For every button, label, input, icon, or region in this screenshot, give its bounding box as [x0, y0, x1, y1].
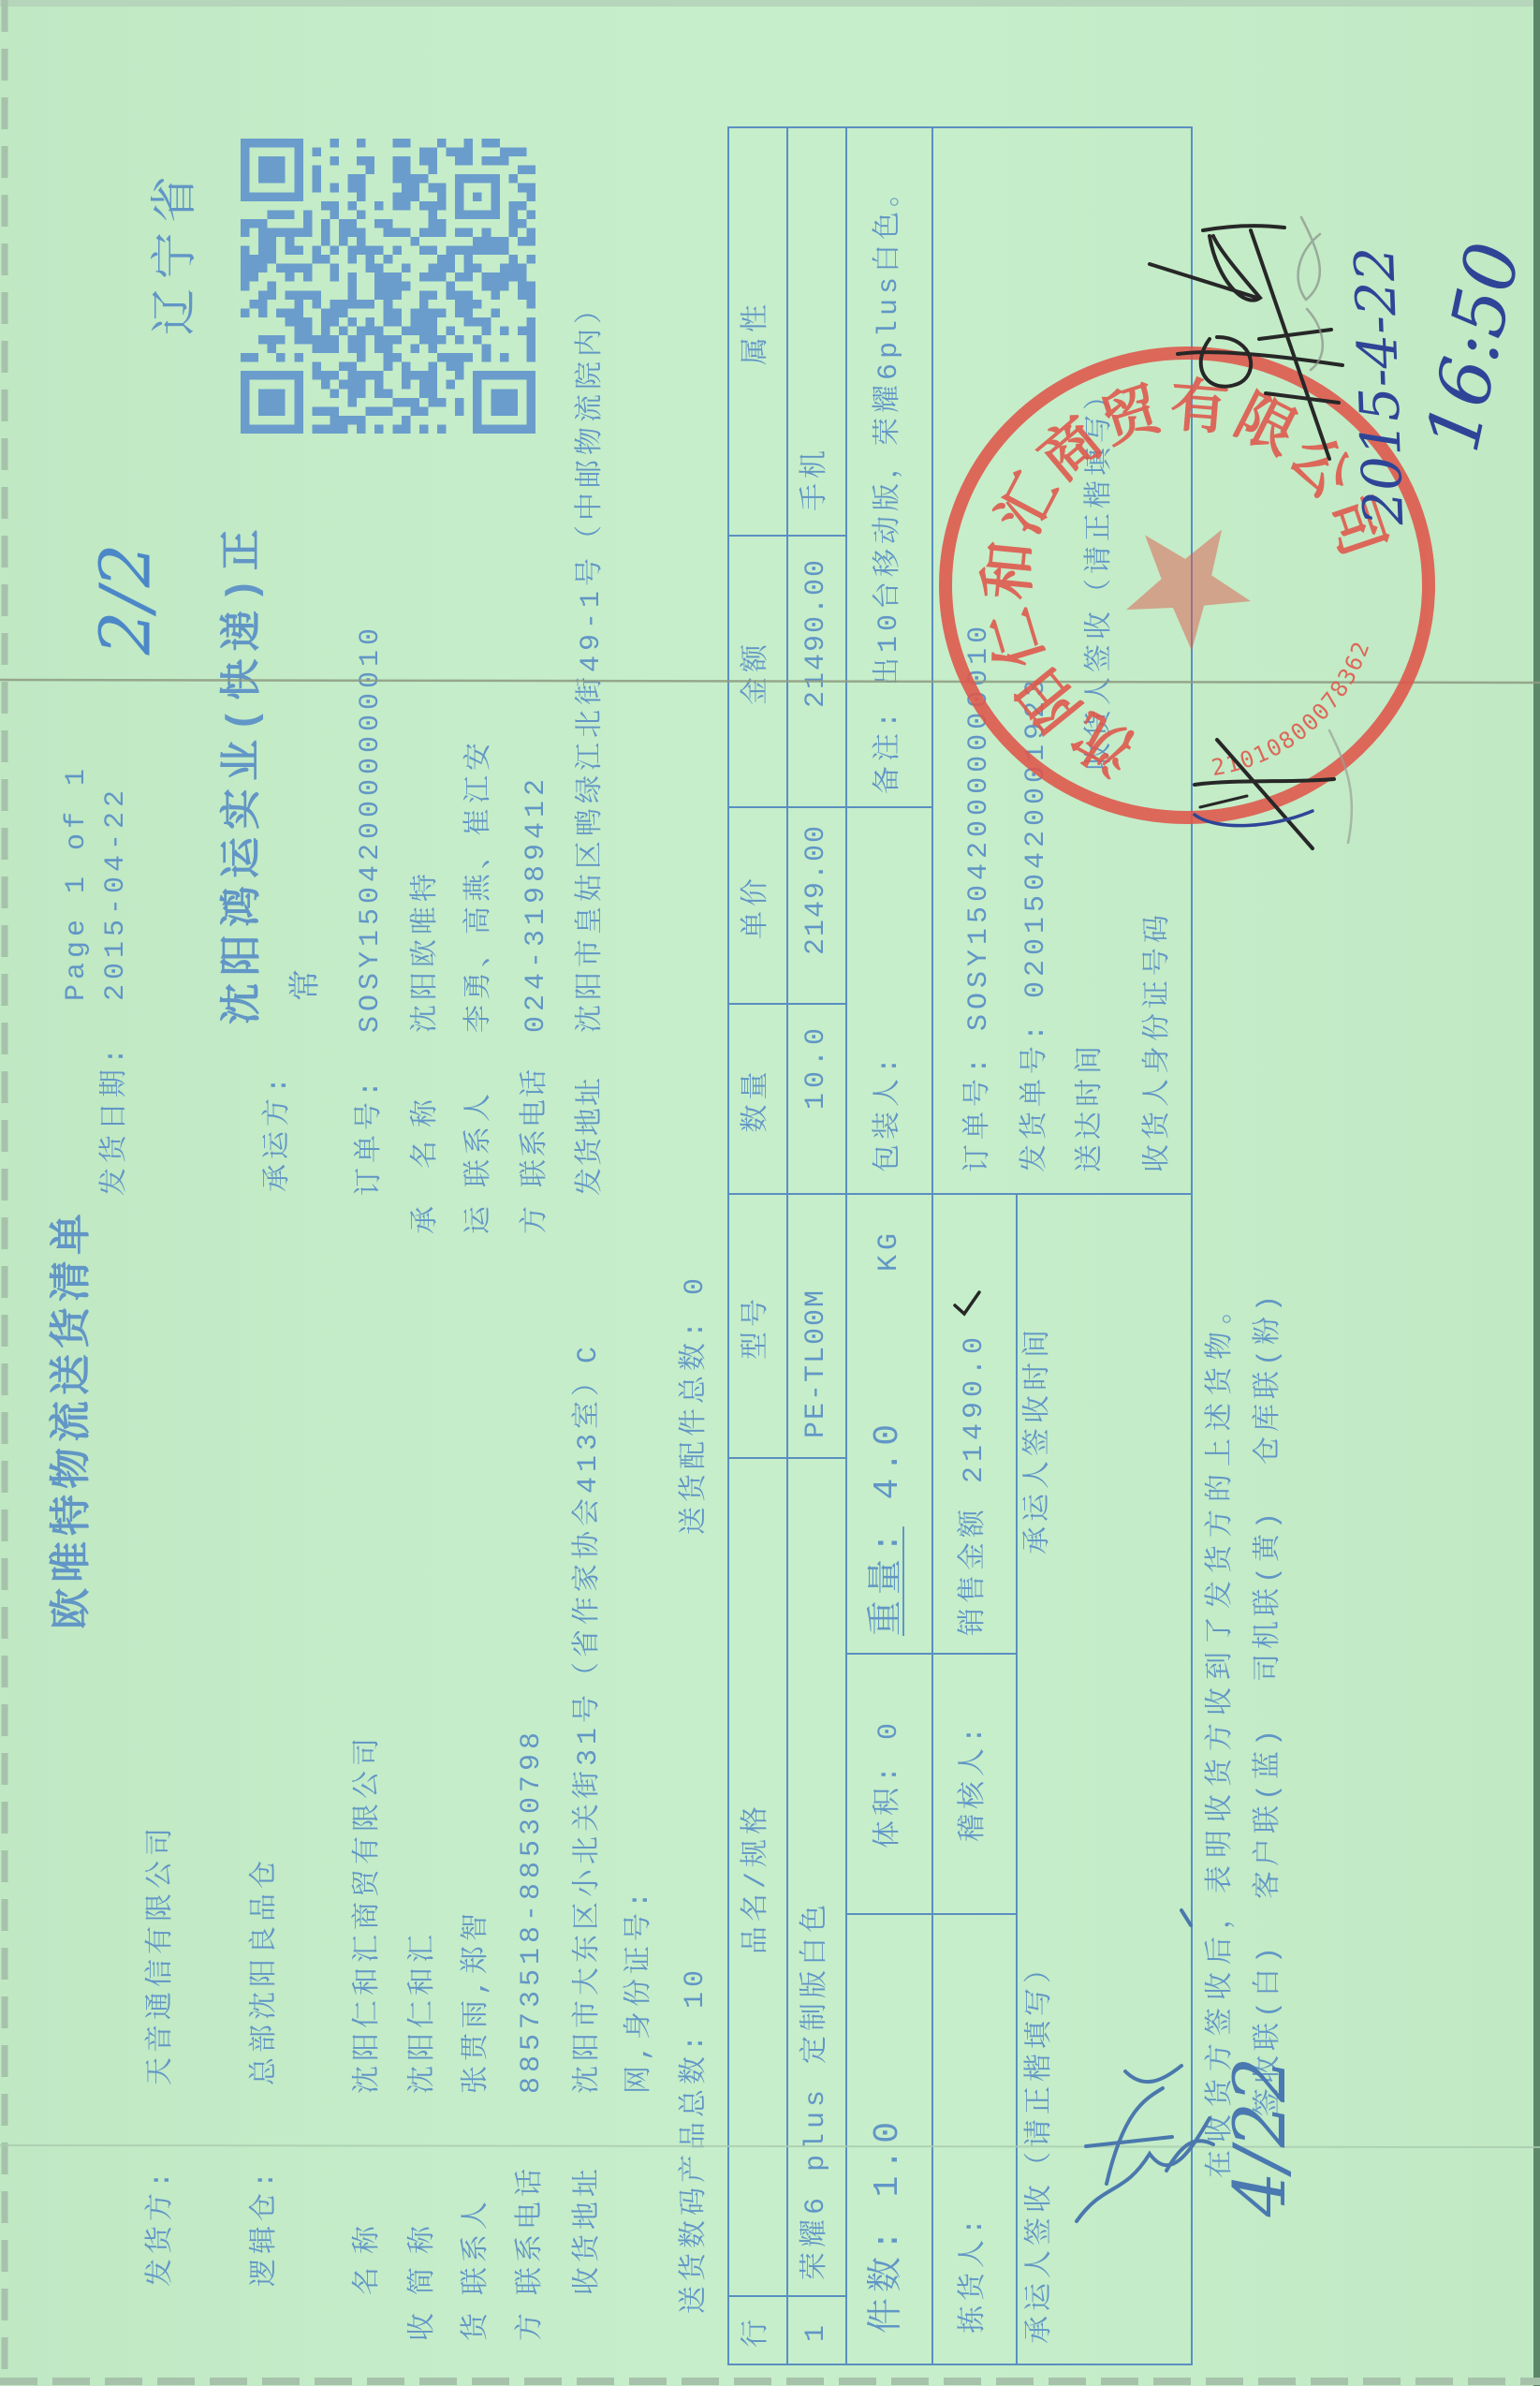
digital-products-total-value: 10 — [680, 1966, 711, 2009]
carrier-value-line2: 常 — [293, 965, 323, 1001]
goods-table — [727, 126, 1193, 2365]
receipt-notice: 在收货方签收后，表明收货方收到了发货方的上述货物。 — [1207, 1289, 1237, 2178]
table-header-unit-price: 单价 — [742, 808, 772, 1005]
arrival-time-label: 送达时间 — [1077, 1041, 1107, 1172]
table-rule — [786, 126, 788, 2365]
table-header-amount: 金额 — [742, 537, 772, 808]
table-cell-attribute: 手机 — [801, 446, 831, 511]
carrier-contact-label: 联系人 — [465, 1089, 495, 1187]
receiver-group-char: 方 — [517, 2308, 547, 2341]
shipper-label: 发货方: — [147, 2167, 177, 2287]
carrier-label: 承运方: — [264, 1072, 294, 1192]
copy-white: 签收联(白) — [1254, 1942, 1284, 2116]
carrier-group-char: 运 — [465, 1201, 495, 1234]
carrier-group-char: 承 — [412, 1201, 442, 1234]
order-no-value: SOSY150420000000010 — [356, 624, 386, 1033]
receiver-address-label: 收货地址 — [574, 2164, 604, 2295]
pieces-field: 件数: 1.0 — [870, 2116, 907, 2334]
province-label: 辽宁省 — [154, 167, 203, 335]
shipper-value: 天音通信有限公司 — [147, 1823, 177, 2085]
table-header-line: 行 — [742, 2297, 772, 2365]
receipt-order-no: 订单号: SOSY150420000000010 — [964, 622, 994, 1172]
receiver-address-value: 沈阳市大东区小北关街31号（省作家协会413室）C — [574, 1342, 604, 2094]
sales-amount-label: 销售金额 — [959, 1505, 990, 1636]
copy-legend: 签收联(白) 客户联(蓝) 司机联(黄) 仓库联(粉) — [1254, 1290, 1284, 2116]
copy-yellow: 司机联(黄) — [1254, 1508, 1284, 1682]
receiver-group-char: 收 — [409, 2308, 439, 2341]
carrier-address-label: 发货地址 — [577, 1076, 607, 1196]
receipt-order-no-value: SOSY150420000000010 — [963, 622, 995, 1031]
volume-value: 0 — [873, 1718, 905, 1740]
delivery-note: 欧唯特物流送货清单 Page 1 of 1 发货日期: 2015-04-22 辽… — [0, 0, 1540, 2386]
packer-label: 包装人: — [874, 1053, 904, 1172]
table-cell-line: 1 — [801, 2297, 831, 2365]
receiver-id-label: 收货人身份证号码 — [1144, 910, 1174, 1172]
delivery-no-label: 发货单号: — [1020, 1020, 1052, 1172]
auditor-label: 稽核人: — [960, 1722, 990, 1842]
sales-amount-field: 销售金额 21490.0 — [960, 1333, 990, 1636]
weight-unit: KG — [874, 1229, 904, 1272]
picker-label: 拣货人: — [960, 2214, 990, 2334]
scanned-page: 欧唯特物流送货清单 Page 1 of 1 发货日期: 2015-04-22 辽… — [0, 0, 1540, 2386]
table-header-attribute: 属性 — [742, 128, 772, 537]
pieces-label: 件数: — [868, 2224, 908, 2334]
receiver-short-name-value: 沈阳仁和汇 — [409, 1930, 439, 2094]
table-cell-name-spec: 荣耀6 plus 定制版白色 — [801, 1900, 831, 2280]
remark-label: 备注: — [873, 707, 905, 794]
carrier-name-label: 名称 — [412, 1086, 442, 1169]
carrier-name-value: 沈阳欧唯特 — [412, 869, 442, 1033]
table-rule — [845, 1653, 1016, 1655]
table-header-quantity: 数量 — [742, 1005, 772, 1195]
carrier-address-value: 沈阳市皇姑区鸭绿江北街49-1号（中邮物流院内） — [577, 291, 607, 1033]
receiver-contact-label: 联系人 — [462, 2197, 492, 2295]
table-header-name-spec: 品名/规格 — [742, 1459, 772, 2297]
document-title: 欧唯特物流送货清单 — [52, 1208, 95, 1629]
pieces-value: 1.0 — [868, 2116, 908, 2197]
accessories-total-label: 送货配件总数: — [680, 1317, 711, 1535]
volume-field: 体积: 0 — [874, 1718, 904, 1848]
copy-blue: 客户联(蓝) — [1254, 1725, 1284, 1899]
table-cell-unit-price: 2149.00 — [801, 824, 831, 1005]
receiver-name-value: 沈阳仁和汇商贸有限公司 — [354, 1733, 384, 2094]
carrier-sign-time-label: 承运人签收时间 — [1024, 1325, 1054, 1554]
warehouse-label: 逻辑仓: — [251, 2167, 281, 2287]
receiver-phone-value: 88573518-88530798 — [517, 1728, 547, 2094]
table-rule — [845, 1913, 1016, 1915]
table-header-model: 型号 — [742, 1195, 772, 1459]
page-indicator: Page 1 of 1 — [62, 764, 92, 1001]
table-rule — [845, 126, 847, 2365]
ship-date-value: 2015-04-22 — [101, 786, 131, 1001]
weight-label: 重量: — [868, 1526, 908, 1636]
carrier-group-char: 方 — [521, 1201, 551, 1234]
receiver-phone-label: 联系电话 — [517, 2164, 547, 2295]
accessories-total: 送货配件总数: 0 — [681, 1274, 711, 1535]
receiver-short-name-label: 简称 — [409, 2213, 439, 2295]
remark-field: 备注: 出10台移动版，荣耀6plus白色。 — [874, 174, 904, 794]
warehouse-value: 总部沈阳良品仓 — [251, 1856, 281, 2085]
table-rule — [1016, 1193, 1018, 2365]
ship-date-label: 发货日期: — [101, 1043, 131, 1196]
carrier-contact-value: 李勇、高燕、崔江安 — [465, 738, 495, 1033]
table-rule — [727, 1193, 1193, 1195]
copy-pink: 仓库联(粉) — [1254, 1290, 1284, 1465]
receiver-group-char: 货 — [462, 2308, 492, 2341]
receiver-contact-value: 张贯雨,郑智 — [462, 1908, 492, 2094]
table-cell-amount: 21490.00 — [801, 558, 831, 808]
receiver-address-value-cont: 网,身份证号: — [625, 1887, 655, 2094]
delivery-no: 发货单号: 020150420001923 — [1021, 675, 1051, 1172]
carrier-phone-label: 联系电话 — [521, 1068, 551, 1187]
receiver-signature-label: 收货人签收（请正楷填写） — [1086, 377, 1116, 771]
receiver-name-label: 名称 — [354, 2213, 384, 2295]
weight-value: 4.0 — [868, 1419, 908, 1499]
volume-label: 体积: — [873, 1761, 905, 1848]
table-rule — [931, 126, 933, 2365]
table-cell-model: PE-TL00M — [801, 1289, 831, 1438]
accessories-total-value: 0 — [680, 1274, 711, 1295]
order-no-label: 订单号: — [356, 1076, 386, 1196]
digital-products-total: 送货数码产品总数: 10 — [681, 1966, 711, 2314]
table-cell-quantity: 10.0 — [801, 1024, 831, 1195]
delivery-no-value: 020150420001923 — [1020, 675, 1052, 998]
digital-products-total-label: 送货数码产品总数: — [680, 2030, 711, 2314]
sales-amount-value: 21490.0 — [959, 1333, 990, 1483]
qr-code-icon — [241, 139, 535, 434]
carrier-phone-value: 024-31989412 — [521, 774, 551, 1033]
carrier-signature-label: 承运人签收（请正楷填写） — [1026, 1951, 1056, 2344]
weight-field: 重量: 4.0 — [870, 1419, 907, 1636]
receipt-order-no-label: 订单号: — [963, 1053, 995, 1172]
remark-value: 出10台移动版，荣耀6plus白色。 — [873, 174, 905, 685]
carrier-value-line1: 沈阳鸿运实业(快递)正 — [223, 522, 266, 1024]
